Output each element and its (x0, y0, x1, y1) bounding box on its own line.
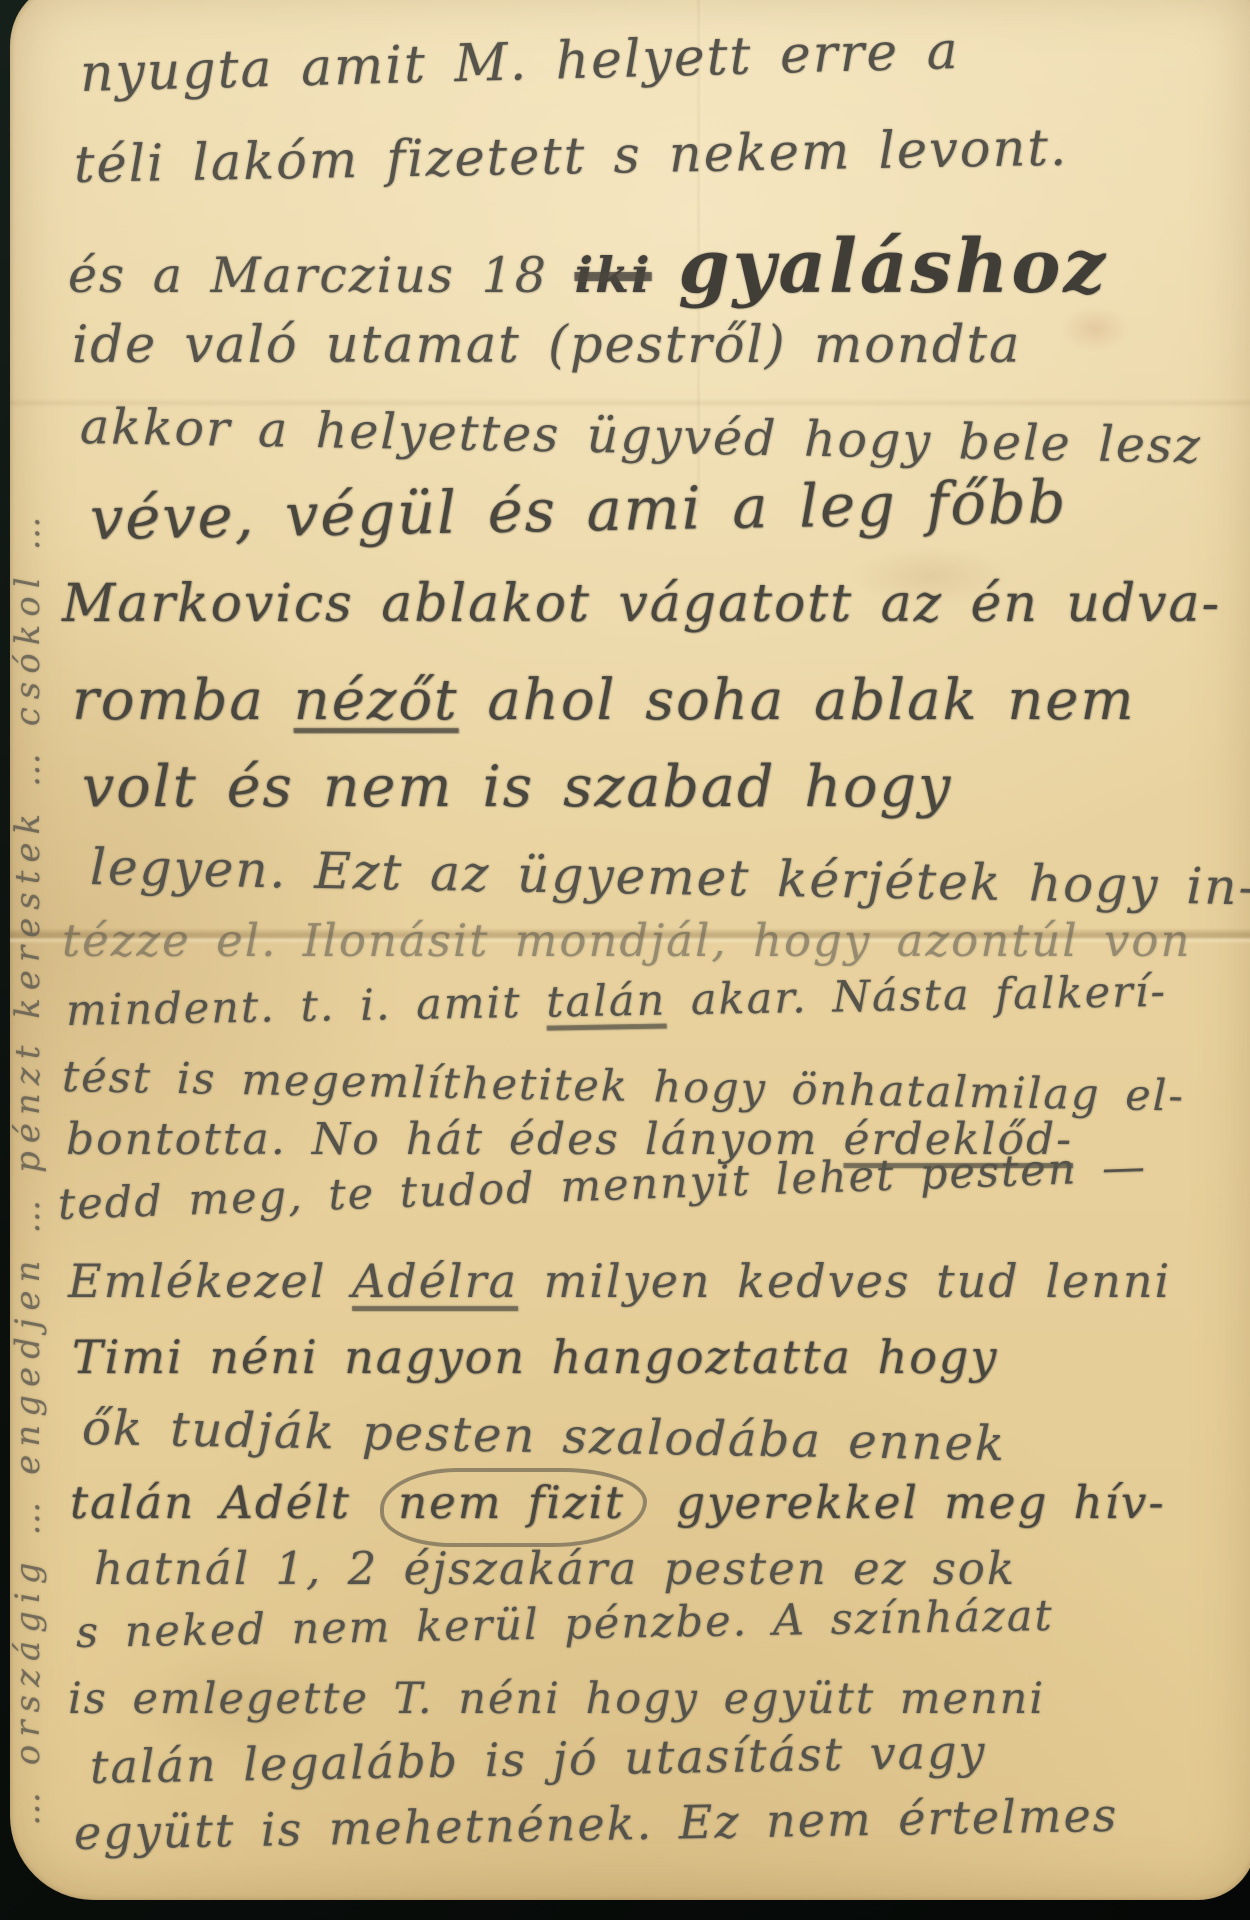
handwritten-line: talán legalább is jó utasítást vagy (90, 1724, 987, 1794)
handwritten-text: legyen. Ezt az ügyemet kérjétek hogy in- (89, 838, 1250, 916)
handwritten-text: hatnál 1, 2 éjszakára pesten ez sok (94, 1542, 1016, 1595)
handwritten-word-u: nézőt (294, 668, 459, 733)
handwritten-text: ahol soha ablak nem (459, 668, 1136, 733)
handwritten-line: Timi néni nagyon hangoztatta hogy (72, 1330, 998, 1384)
handwritten-line: véve, végül és ami a leg főbb (89, 467, 1068, 553)
handwritten-text: gyerekkel meg hív- (651, 1476, 1166, 1529)
handwritten-text: s neked nem kerül pénzbe. A színházat (76, 1591, 1054, 1658)
handwritten-text: tézze el. Ilonásit mondjál, hogy azontúl… (62, 914, 1191, 967)
handwritten-text: is emlegette T. néni hogy együtt menni (68, 1674, 1045, 1724)
handwritten-text: tést is megemlíthetitek hogy önhatalmila… (62, 1052, 1186, 1122)
handwritten-line: is emlegette T. néni hogy együtt menni (68, 1674, 1045, 1724)
handwritten-line: tézze el. Ilonásit mondjál, hogy azontúl… (62, 914, 1191, 967)
handwritten-line: volt és nem is szabad hogy (82, 754, 952, 820)
handwritten-line: nyugta amit M. helyett erre a (79, 21, 960, 104)
handwritten-text: talán Adélt (70, 1476, 376, 1529)
handwritten-line: Emlékezel Adélra milyen kedves tud lenni (68, 1254, 1171, 1308)
handwritten-line: legyen. Ezt az ügyemet kérjétek hogy in- (89, 838, 1250, 916)
handwritten-text: talán legalább is jó utasítást vagy (90, 1724, 987, 1794)
handwritten-line: együtt is mehetnének. Ez nem értelmes (74, 1788, 1119, 1860)
handwritten-word-u: Adélra (352, 1254, 518, 1308)
handwritten-line: ők tudják pesten szalodába ennek (82, 1400, 1007, 1472)
handwritten-line: Markovics ablakot vágatott az én udva- (62, 574, 1221, 634)
handwritten-text: téli lakóm fizetett s nekem levont. (73, 119, 1068, 195)
handwritten-line: s neked nem kerül pénzbe. A színházat (76, 1591, 1054, 1658)
handwritten-word-u: talán (546, 976, 667, 1028)
letter-page: … országig … engedjen … pénzt kerestek …… (10, 0, 1250, 1900)
handwritten-text: romba (72, 668, 294, 733)
handwritten-text: és a Marczius 18 (68, 247, 574, 304)
handwritten-word-scribble: iki (574, 246, 651, 304)
handwritten-line: romba nézőt ahol soha ablak nem (72, 668, 1136, 733)
handwritten-text: Emlékezel (68, 1254, 352, 1308)
handwritten-text: volt és nem is szabad hogy (82, 754, 952, 820)
handwritten-line: akkor a helyettes ügyvéd hogy bele lesz (80, 398, 1203, 475)
handwritten-line: hatnál 1, 2 éjszakára pesten ez sok (94, 1542, 1016, 1595)
handwritten-line: és a Marczius 18 iki gyaláshoz (68, 224, 1108, 310)
handwritten-word-big: gyaláshoz (678, 224, 1108, 310)
handwritten-text (652, 247, 679, 304)
handwritten-line: mindent. t. i. amit talán akar. Násta fa… (66, 967, 1168, 1036)
handwritten-text: akar. Násta falkerí- (666, 967, 1168, 1026)
handwritten-text: együtt is mehetnének. Ez nem értelmes (74, 1788, 1119, 1860)
scanned-letter-stage: … országig … engedjen … pénzt kerestek …… (0, 0, 1250, 1920)
handwritten-text: mindent. t. i. amit (66, 978, 547, 1036)
handwritten-text: nyugta amit M. helyett erre a (79, 21, 960, 104)
handwritten-word-circle: nem fizit (380, 1468, 647, 1547)
handwritten-text: milyen kedves tud lenni (518, 1254, 1171, 1308)
handwritten-line: talán Adélt nem fizit gyerekkel meg hív- (70, 1468, 1166, 1547)
handwritten-text: Markovics ablakot vágatott az én udva- (62, 574, 1221, 634)
handwritten-line: ide való utamat (pestről) mondta (72, 316, 1021, 375)
handwritten-line: tést is megemlíthetitek hogy önhatalmila… (62, 1052, 1186, 1122)
handwritten-text: ide való utamat (pestről) mondta (72, 316, 1021, 375)
handwritten-text: ők tudják pesten szalodába ennek (82, 1400, 1007, 1472)
handwritten-text: Timi néni nagyon hangoztatta hogy (72, 1330, 998, 1384)
handwritten-line: téli lakóm fizetett s nekem levont. (73, 119, 1068, 195)
handwritten-text: véve, végül és ami a leg főbb (89, 467, 1068, 553)
handwritten-text: akkor a helyettes ügyvéd hogy bele lesz (80, 398, 1203, 475)
handwriting-lines-layer: nyugta amit M. helyett erre atéli lakóm … (10, 0, 1250, 1900)
